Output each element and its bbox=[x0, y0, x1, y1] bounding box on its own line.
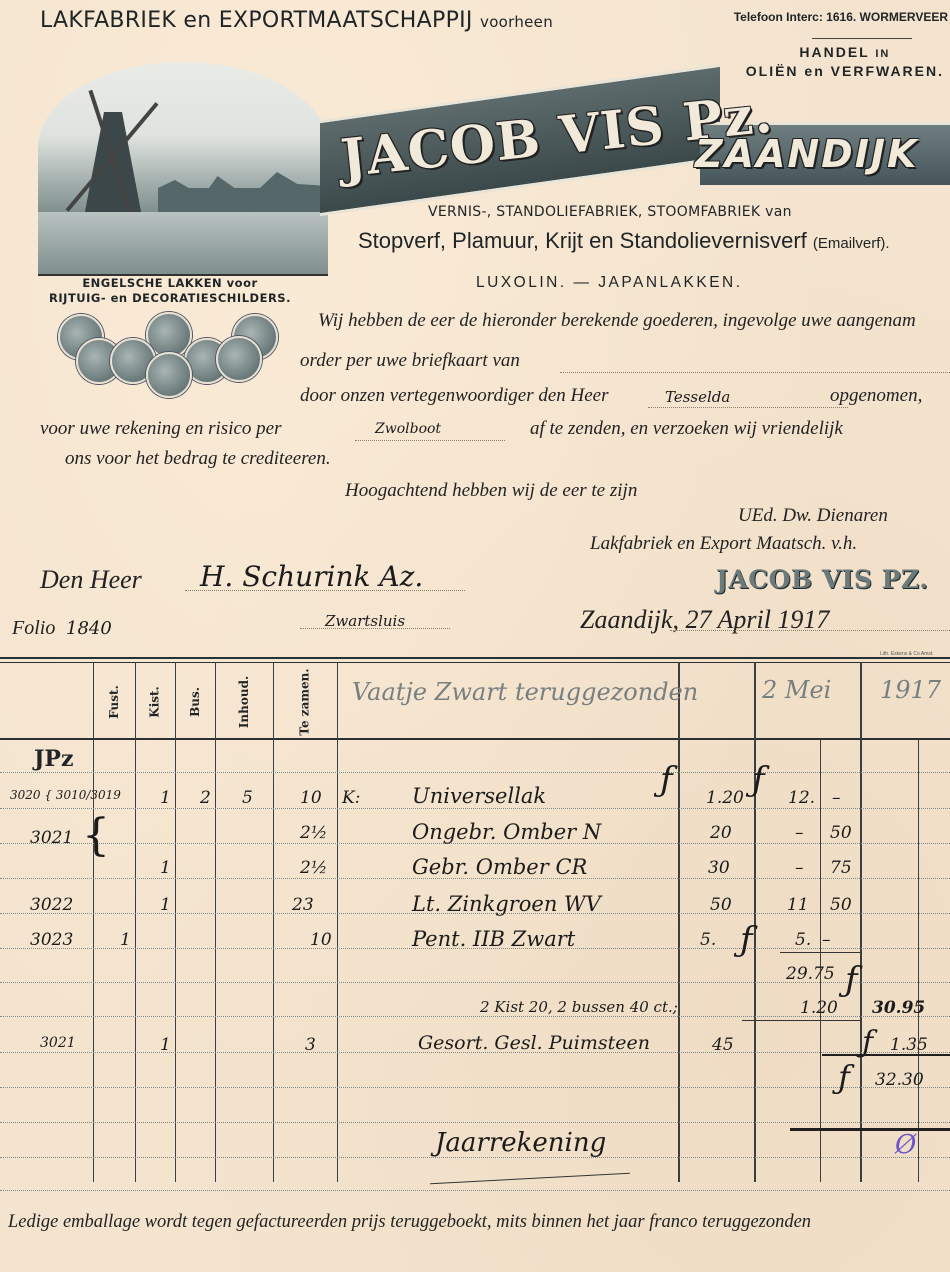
trade-line-1: HANDEL bbox=[799, 44, 869, 60]
row-line bbox=[0, 808, 950, 809]
florin-icon: ƒ bbox=[838, 1058, 850, 1096]
table-top-rule bbox=[0, 657, 950, 659]
letter-line-3-label: door onzen vertegenwoordiger den Heer bbox=[300, 385, 609, 407]
carry-total: 30.95 bbox=[872, 998, 925, 1018]
award-medals bbox=[50, 312, 282, 398]
representative-field-line bbox=[648, 407, 848, 408]
row-4-total: 23 bbox=[292, 895, 314, 915]
row-6-price: 45 bbox=[712, 1035, 734, 1055]
transport-field-line bbox=[355, 440, 505, 441]
puimsteen-amount: 1.35 bbox=[890, 1035, 928, 1055]
row-4-cents: 50 bbox=[830, 895, 852, 915]
florin-icon: ƒ bbox=[660, 760, 673, 800]
closing-line: Hoogachtend hebben wij de eer te zijn bbox=[345, 480, 637, 502]
column-divider bbox=[754, 662, 756, 1182]
products-line-3: LUXOLIN. — JAPANLAKKEN. bbox=[476, 274, 743, 292]
annual-underline bbox=[430, 1173, 630, 1184]
folio-number: 1840 bbox=[66, 618, 112, 639]
row-5-amount: 5. bbox=[795, 930, 811, 950]
row-6-mark: 3021 bbox=[40, 1035, 76, 1051]
row-5-price: 5. bbox=[700, 930, 716, 950]
florin-icon: ƒ bbox=[752, 760, 765, 800]
row-3-price: 30 bbox=[708, 858, 730, 878]
row-line bbox=[0, 1190, 950, 1191]
florin-icon: ƒ bbox=[740, 920, 753, 960]
florin-icon: ƒ bbox=[845, 960, 858, 1000]
row-4-price: 50 bbox=[710, 895, 732, 915]
row-2-description: Ongebr. Omber N bbox=[412, 820, 601, 844]
annual-account-note: Jaarrekening bbox=[435, 1128, 606, 1158]
column-header-label: Bus. bbox=[188, 687, 202, 717]
products-suffix: (Emailverf). bbox=[813, 235, 890, 252]
column-header-kist: Kist. bbox=[135, 670, 175, 734]
pencil-return-date: 2 Mei bbox=[762, 676, 831, 704]
signoff-servants: UEd. Dw. Dienaren bbox=[738, 505, 888, 527]
column-divider bbox=[215, 662, 216, 1182]
row-6-description: Gesort. Gesl. Puimsteen bbox=[418, 1032, 650, 1054]
row-1-mark: 3020 { 3010/3019 bbox=[10, 788, 121, 802]
row-1-kist: 1 bbox=[160, 788, 171, 808]
row-3-cents: 75 bbox=[830, 858, 852, 878]
row-1-unit: K: bbox=[342, 788, 360, 808]
subtotal: 29.75 bbox=[786, 964, 835, 984]
row-4-amount: 11 bbox=[787, 895, 809, 915]
column-header-inhoud: Inhoud. bbox=[215, 670, 273, 734]
row-5-cents: – bbox=[822, 930, 831, 950]
row-1-inhoud: 5 bbox=[242, 788, 253, 808]
side-caption-line-1: ENGELSCHE LAKKEN voor bbox=[40, 276, 300, 291]
row-4-description: Lt. Zinkgroen WV bbox=[412, 892, 601, 916]
side-caption: ENGELSCHE LAKKEN voor RIJTUIG- en DECORA… bbox=[40, 276, 300, 306]
table-top-rule-thin bbox=[0, 662, 950, 663]
formerly-label: voorheen bbox=[480, 13, 553, 31]
column-header-label: Inhoud. bbox=[237, 676, 251, 728]
row-6-total: 3 bbox=[305, 1035, 316, 1055]
row-1-bus: 2 bbox=[200, 788, 211, 808]
row-3-description: Gebr. Omber CR bbox=[412, 855, 587, 879]
recipient-name: H. Schurink Az. bbox=[200, 560, 423, 593]
row-line bbox=[0, 772, 950, 773]
row-5-total: 10 bbox=[310, 930, 332, 950]
recipient-label: Den Heer bbox=[40, 565, 142, 595]
row-2-price: 20 bbox=[710, 823, 732, 843]
column-divider bbox=[918, 740, 919, 1182]
grand-total-double-rule bbox=[790, 1128, 950, 1131]
letter-line-2-label: order per uwe briefkaart van bbox=[300, 350, 520, 372]
packaging-rule bbox=[742, 1020, 862, 1021]
column-divider bbox=[820, 740, 821, 1182]
products-line-1: VERNIS-, STANDOLIEFABRIEK, STOOMFABRIEK … bbox=[428, 204, 792, 220]
brand-banner: JACOB VIS Pz. ZAANDIJK bbox=[300, 62, 950, 212]
column-header-label: Te zamen. bbox=[298, 668, 312, 735]
transport-value: Zwolboot bbox=[375, 421, 441, 437]
date-field-line bbox=[670, 630, 950, 631]
pencil-return-note: Vaatje Zwart teruggezonden bbox=[352, 678, 698, 706]
footer-note: Ledige emballage wordt tegen gefactureer… bbox=[8, 1212, 811, 1233]
column-divider bbox=[273, 662, 274, 1182]
phone-divider bbox=[812, 38, 912, 39]
representative-name: Tesselda bbox=[665, 388, 730, 406]
letter-line-5: ons voor het bedrag te crediteeren. bbox=[65, 448, 331, 470]
row-3-total: 2½ bbox=[300, 858, 327, 878]
medal-icon bbox=[146, 352, 192, 398]
row-4-kist: 1 bbox=[160, 895, 171, 915]
row-3-amount: – bbox=[795, 858, 804, 878]
column-divider bbox=[860, 662, 862, 1182]
row-2-total: 2½ bbox=[300, 823, 327, 843]
row-2-mark: 3021 bbox=[30, 828, 73, 848]
letter-line-4-suffix: af te zenden, en verzoeken wij vriendeli… bbox=[530, 418, 843, 440]
column-divider bbox=[337, 662, 338, 1182]
products-list: Stopverf, Plamuur, Krijt en Standoliever… bbox=[358, 228, 807, 253]
row-4-mark: 3022 bbox=[30, 895, 73, 915]
column-header-fust: Fust. bbox=[93, 670, 135, 734]
row-3-kist: 1 bbox=[160, 858, 171, 878]
violet-check-mark: Ø bbox=[895, 1130, 916, 1160]
pencil-return-year: 1917 bbox=[880, 676, 941, 704]
row-2-amount: – bbox=[795, 823, 804, 843]
column-divider bbox=[93, 662, 94, 1182]
letter-line-4-label: voor uwe rekening en risico per bbox=[40, 418, 282, 440]
row-2-cents: 50 bbox=[830, 823, 852, 843]
folio-label: Folio bbox=[12, 617, 55, 640]
row-line bbox=[0, 1122, 950, 1123]
subtotal-rule bbox=[780, 952, 862, 953]
grand-total: 32.30 bbox=[875, 1070, 924, 1090]
windmill-illustration bbox=[38, 62, 328, 276]
row-5-fust: 1 bbox=[120, 930, 131, 950]
column-header-label: Fust. bbox=[107, 685, 121, 719]
row-1-description: Universellak bbox=[412, 784, 546, 808]
row-1-amount: 12. bbox=[788, 788, 815, 808]
signoff-brand: JACOB VIS PZ. bbox=[716, 565, 928, 594]
total-rule bbox=[822, 1054, 950, 1056]
briefkaart-date-field bbox=[560, 372, 950, 373]
row-5-mark: 3023 bbox=[30, 930, 73, 950]
brand-town: ZAANDIJK bbox=[695, 132, 918, 176]
brace-icon: { bbox=[82, 810, 110, 861]
column-divider bbox=[135, 662, 136, 1182]
recipient-place: Zwartsluis bbox=[325, 612, 405, 630]
row-1-cents: – bbox=[832, 788, 841, 808]
phone-line: Telefoon Interc: 1616. WORMERVEER bbox=[734, 10, 948, 24]
signoff-company: Lakfabriek en Export Maatsch. v.h. bbox=[590, 533, 857, 555]
trade-in: IN bbox=[875, 48, 890, 60]
row-1-total: 10 bbox=[300, 788, 322, 808]
row-1-price: 1.20 bbox=[706, 788, 744, 808]
column-header-te-zamen: Te zamen. bbox=[273, 670, 337, 734]
column-header-bus: Bus. bbox=[175, 670, 215, 734]
column-header-label: Kist. bbox=[148, 686, 162, 717]
packaging-note: 2 Kist 20, 2 bussen 40 ct.; bbox=[480, 998, 678, 1016]
company-name: LAKFABRIEK en EXPORTMAATSCHAPPIJ bbox=[40, 8, 473, 33]
row-6-kist: 1 bbox=[160, 1035, 171, 1055]
merchant-mark: JPz bbox=[34, 746, 73, 772]
side-caption-line-2: RIJTUIG- en DECORATIESCHILDERS. bbox=[40, 291, 300, 306]
table-header-rule bbox=[0, 738, 950, 740]
medal-icon bbox=[216, 336, 262, 382]
row-5-description: Pent. IIB Zwart bbox=[412, 927, 575, 951]
products-line-2: Stopverf, Plamuur, Krijt en Standoliever… bbox=[358, 228, 890, 254]
packaging-amount: 1.20 bbox=[800, 998, 838, 1018]
column-divider bbox=[175, 662, 176, 1182]
letter-line-1: Wij hebben de eer de hieronder berekende… bbox=[318, 310, 916, 332]
letter-line-3-suffix: opgenomen, bbox=[830, 385, 922, 407]
canal-water bbox=[38, 212, 328, 274]
column-divider bbox=[678, 662, 680, 1182]
company-line: LAKFABRIEK en EXPORTMAATSCHAPPIJ voorhee… bbox=[40, 8, 553, 33]
row-line bbox=[0, 1087, 950, 1088]
